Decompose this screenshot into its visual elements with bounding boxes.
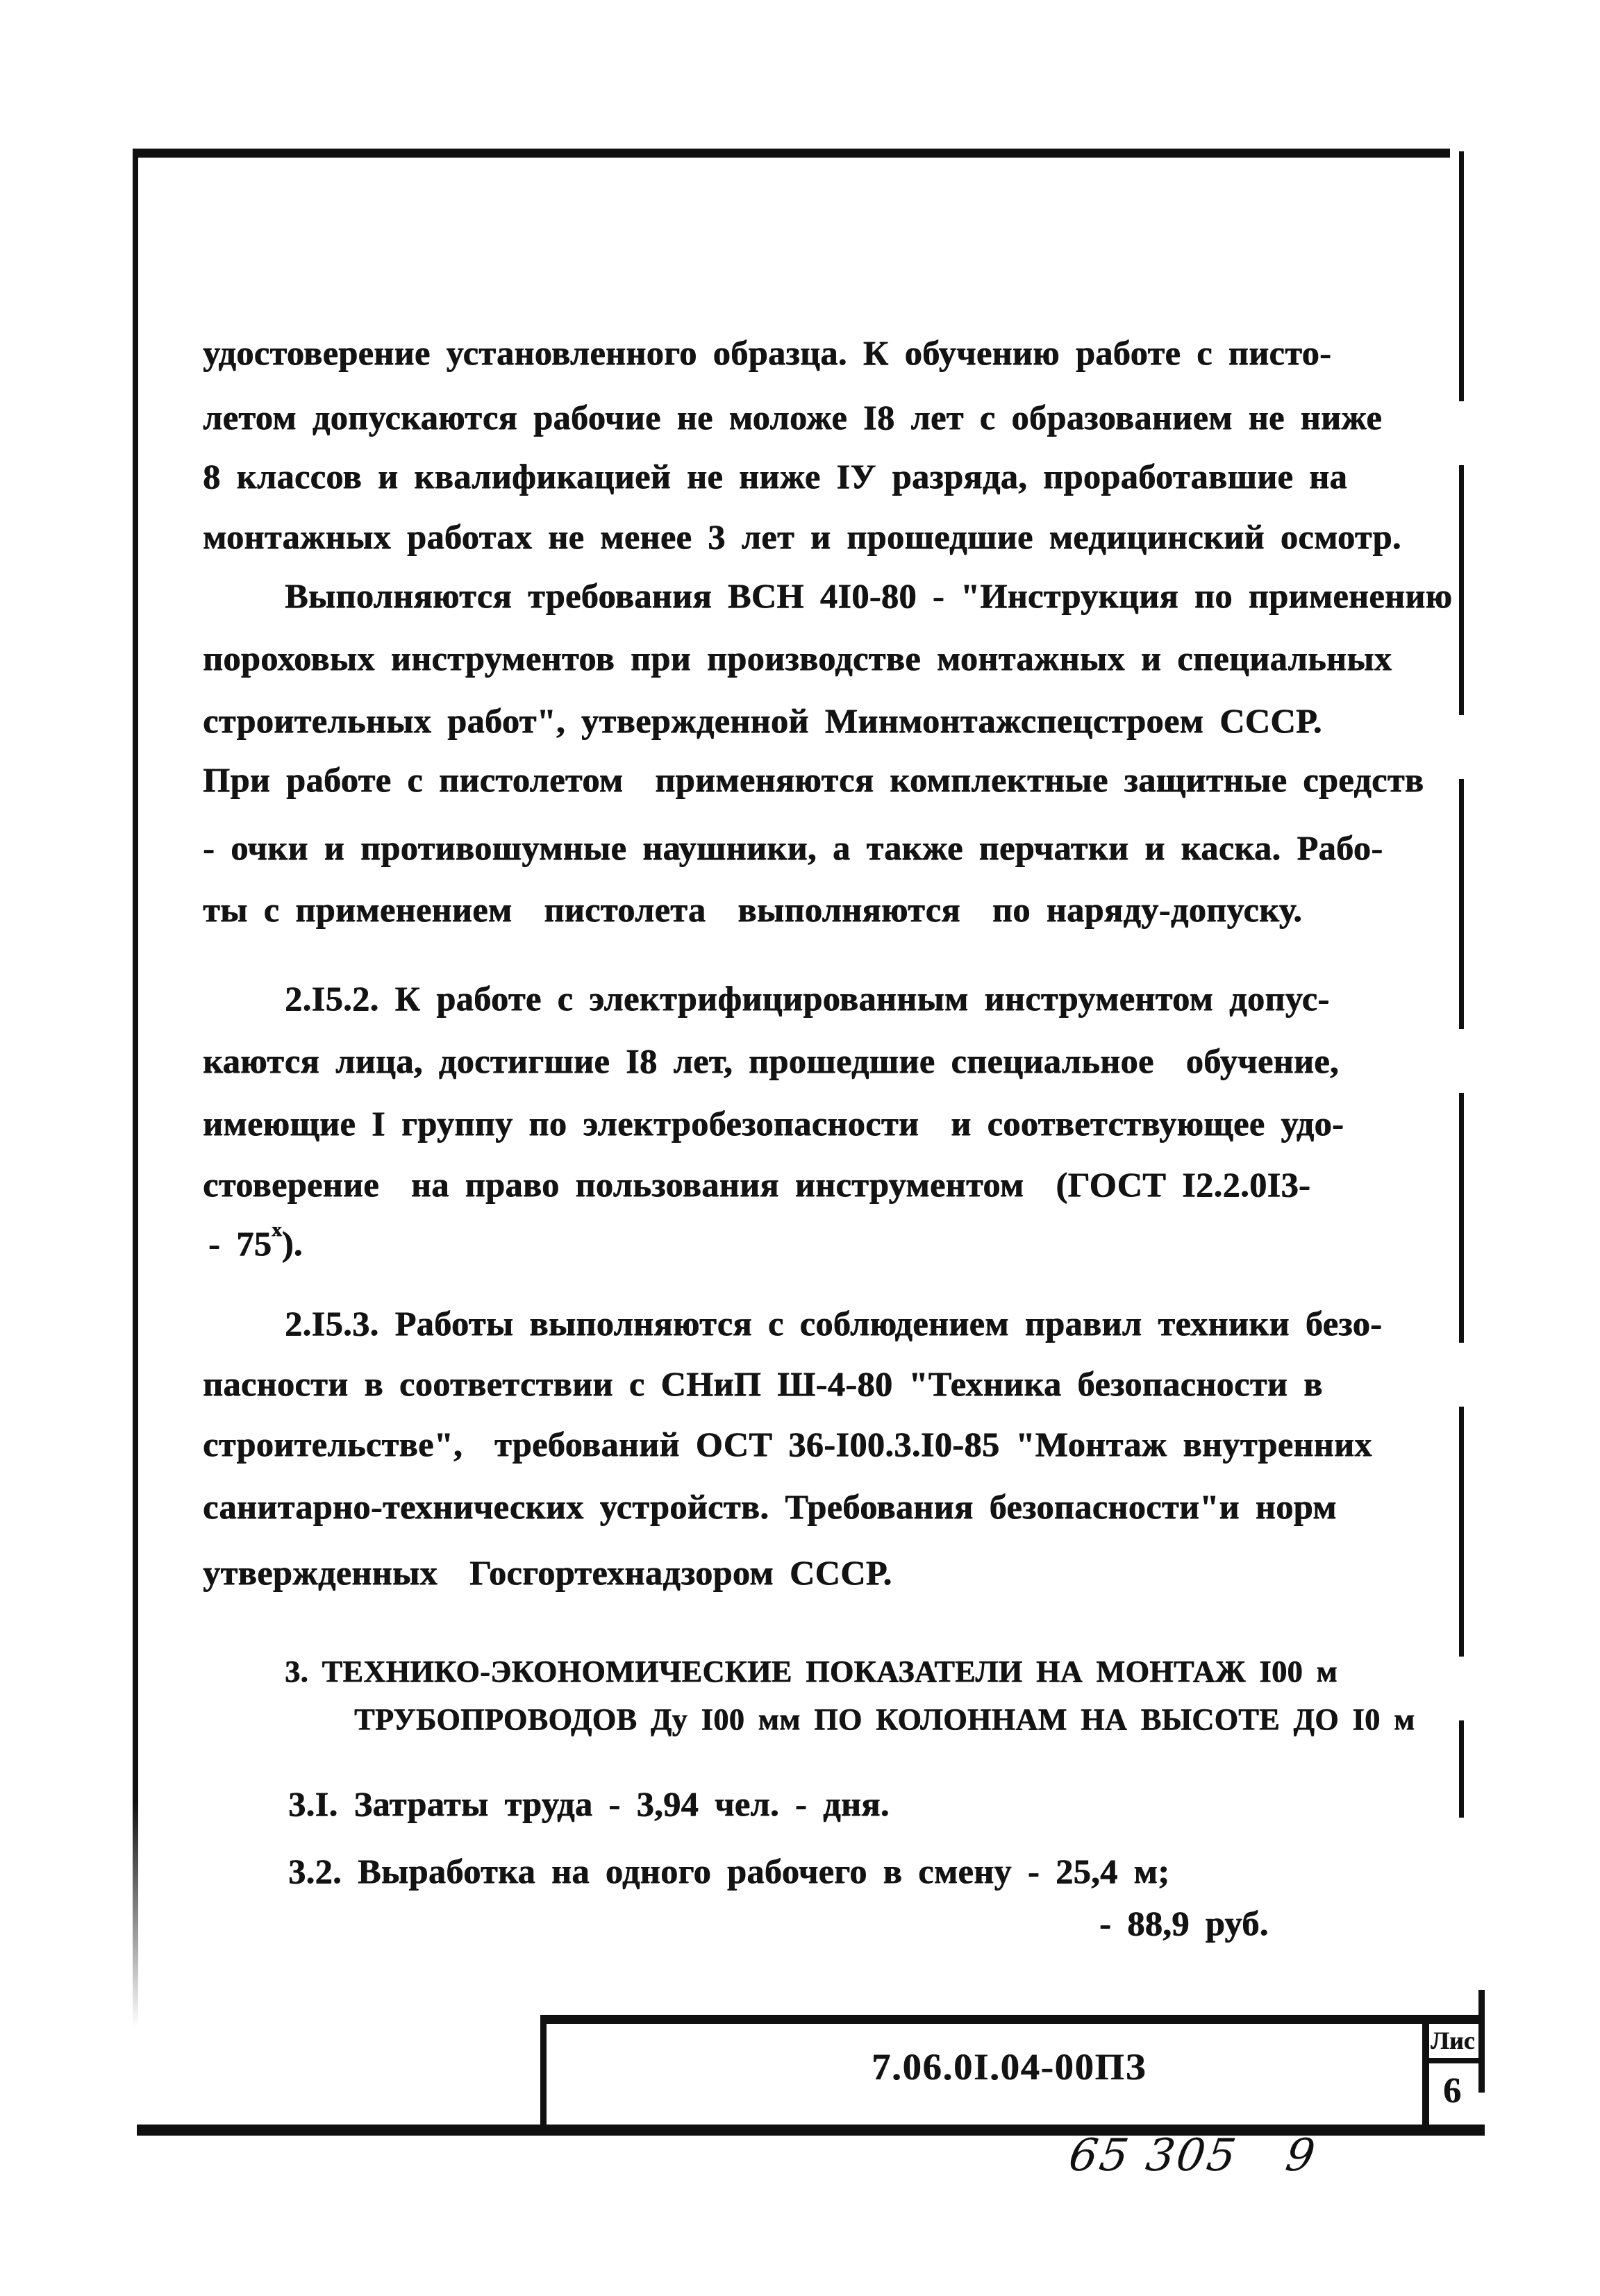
text-line: При работе с пистолетом применяются комп… xyxy=(203,760,1424,801)
title-block-border-right xyxy=(1478,1990,1485,2093)
section-heading-line: ТРУБОПРОВОДОВ Ду I00 мм ПО КОЛОННАМ НА В… xyxy=(354,1702,1415,1738)
title-block-border-top xyxy=(540,2015,1485,2024)
text-line: стоверение на право пользования инструме… xyxy=(203,1165,1310,1205)
title-block-sheet-divider xyxy=(1425,2058,1485,2063)
document-number: 7.06.0I.04-00ПЗ xyxy=(872,2045,1147,2088)
text-line: имеющие I группу по электробезопасности … xyxy=(203,1104,1344,1144)
text-line: летом допускаются рабочие не моложе I8 л… xyxy=(203,398,1382,438)
section-heading-line: 3. ТЕХНИКО-ЭКОНОМИЧЕСКИЕ ПОКАЗАТЕЛИ НА М… xyxy=(285,1654,1337,1690)
footnote-superscript: х xyxy=(272,1218,282,1241)
text-line: строительных работ", утвержденной Минмон… xyxy=(203,701,1322,741)
text-line: удостоверение установленного образца. К … xyxy=(203,333,1331,374)
text-line: 3.I. Затраты труда - 3,94 чел. - дня. xyxy=(288,1784,890,1825)
text-line: строительстве", требований ОСТ 36-I00.3.… xyxy=(203,1425,1372,1465)
scanned-document-page: удостоверение установленного образца. К … xyxy=(0,0,1600,2296)
text-line: Выполняются требования ВСН 4I0-80 - "Инс… xyxy=(285,576,1452,617)
text-line: ты с применением пистолета выполняются п… xyxy=(203,890,1302,930)
footnote-prefix: - 75 xyxy=(208,1224,272,1263)
footnote-suffix: ). xyxy=(282,1224,303,1263)
text-line: - 88,9 руб. xyxy=(1099,1904,1269,1944)
title-block-border-left xyxy=(540,2015,547,2134)
text-line: пороховых инструментов при производстве … xyxy=(203,639,1392,679)
text-line: каются лица, достигшие I8 лет, прошедшие… xyxy=(203,1041,1339,1082)
text-line: 2.I5.3. Работы выполняются с соблюдением… xyxy=(285,1304,1382,1344)
handwritten-marks: 65 3059 xyxy=(1066,2130,1320,2181)
text-line: 3.2. Выработка на одного рабочего в смен… xyxy=(288,1852,1169,1892)
page-border-top xyxy=(135,149,1450,158)
text-line: санитарно-технических устройств. Требова… xyxy=(203,1487,1337,1527)
handwritten-page-number: 9 xyxy=(1283,2130,1320,2181)
text-line: 2.I5.2. К работе с электрифицированным и… xyxy=(285,979,1329,1019)
text-line: монтажных работах не менее 3 лет и проше… xyxy=(203,517,1401,558)
title-block-divider xyxy=(1422,2015,1429,2131)
text-line: утвержденных Госгортехнадзором СССР. xyxy=(203,1553,892,1593)
handwritten-inventory-number: 65 305 xyxy=(1066,2130,1241,2181)
page-border-left xyxy=(133,149,138,2027)
page-border-right xyxy=(1459,151,1464,1818)
sheet-number: 6 xyxy=(1443,2070,1461,2111)
sheet-label: Лис xyxy=(1431,2026,1479,2055)
text-line: пасности в соответствии с СНиП Ш-4-80 "Т… xyxy=(203,1364,1323,1405)
text-line-footnote-ref: - 75х). xyxy=(208,1218,303,1264)
text-line: - очки и противошумные наушники, а также… xyxy=(203,828,1383,869)
text-line: 8 классов и квалификацией не ниже IУ раз… xyxy=(203,457,1347,497)
